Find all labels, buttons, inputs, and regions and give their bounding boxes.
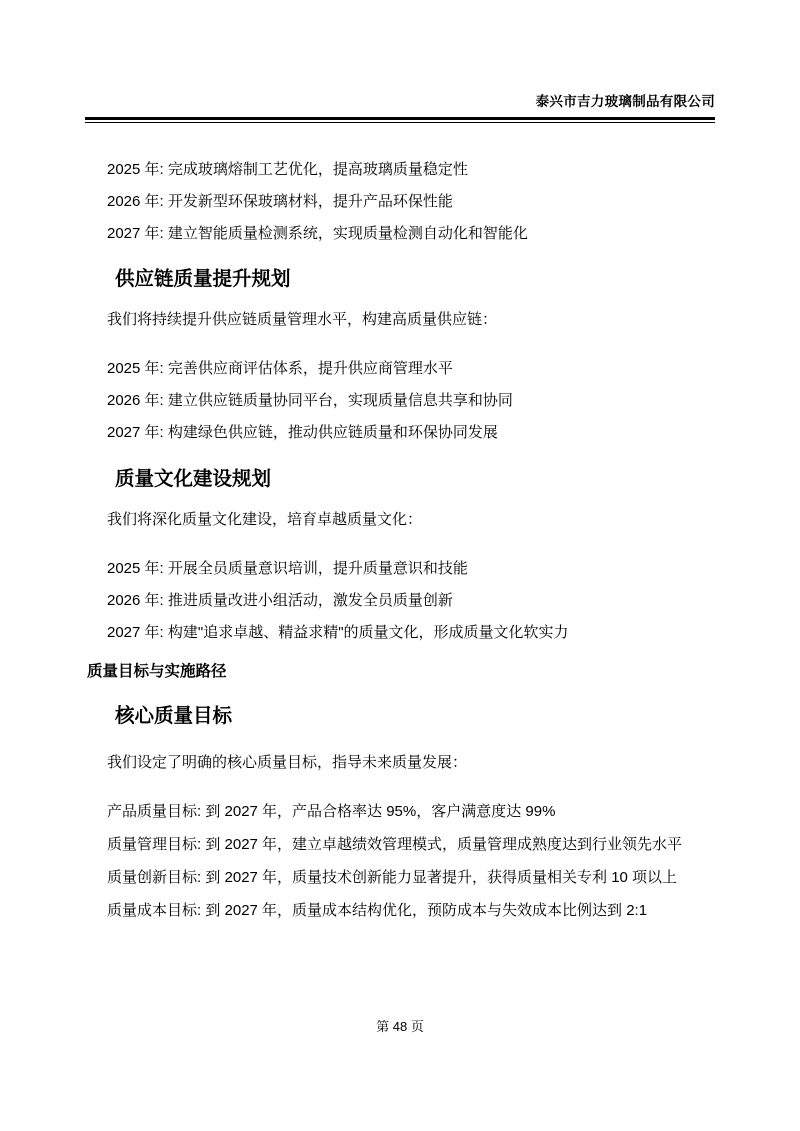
quality-culture-lead-paragraph: 我们将深化质量文化建设，培育卓越质量文化： [107,508,715,532]
section-heading-core-goals: 核心质量目标 [115,704,715,728]
list-item: 2026 年: 建立供应链质量协同平台，实现质量信息共享和协同 [107,385,715,417]
document-page: 泰兴市吉力玻璃制品有限公司 2025 年: 完成玻璃熔制工艺优化，提高玻璃质量稳… [0,0,800,1131]
list-item: 2027 年: 构建"追求卓越、精益求精"的质量文化，形成质量文化软实力 [107,617,715,649]
core-goals-lead-paragraph: 我们设定了明确的核心质量目标，指导未来质量发展： [107,751,715,775]
quality-culture-roadmap-list: 2025 年: 开展全员质量意识培训，提升质量意识和技能 2026 年: 推进质… [85,553,715,649]
page-number: 第 48 页 [376,1019,424,1034]
goal-item-quality-cost: 质量成本目标: 到 2027 年，质量成本结构优化，预防成本与失效成本比例达到 … [107,894,713,927]
supply-chain-roadmap-list: 2025 年: 完善供应商评估体系，提升供应商管理水平 2026 年: 建立供应… [85,353,715,449]
core-goals-list: 产品质量目标: 到 2027 年，产品合格率达 95%，客户满意度达 99% 质… [85,795,713,927]
list-item: 2025 年: 完成玻璃熔制工艺优化，提高玻璃质量稳定性 [107,154,715,186]
list-item: 2027 年: 构建绿色供应链，推动供应链质量和环保协同发展 [107,417,715,449]
supply-chain-lead-paragraph: 我们将持续提升供应链质量管理水平，构建高质量供应链： [107,308,715,332]
header-divider [85,117,715,123]
section-heading-quality-culture: 质量文化建设规划 [115,467,715,491]
page-footer: 第 48 页 [0,1019,800,1035]
list-item: 2026 年: 推进质量改进小组活动，激发全员质量创新 [107,585,715,617]
list-item: 2026 年: 开发新型环保玻璃材料，提升产品环保性能 [107,186,715,218]
chapter-heading-quality-goals: 质量目标与实施路径 [87,662,715,682]
list-item: 2027 年: 建立智能质量检测系统，实现质量检测自动化和智能化 [107,218,715,250]
list-item: 2025 年: 开展全员质量意识培训，提升质量意识和技能 [107,553,715,585]
list-item: 2025 年: 完善供应商评估体系，提升供应商管理水平 [107,353,715,385]
header-company-name: 泰兴市吉力玻璃制品有限公司 [85,94,715,110]
goal-item-quality-innovation: 质量创新目标: 到 2027 年，质量技术创新能力显著提升，获得质量相关专利 1… [107,861,713,894]
document-body: 2025 年: 完成玻璃熔制工艺优化，提高玻璃质量稳定性 2026 年: 开发新… [85,152,715,927]
tech-roadmap-list: 2025 年: 完成玻璃熔制工艺优化，提高玻璃质量稳定性 2026 年: 开发新… [85,154,715,250]
goal-item-quality-management: 质量管理目标: 到 2027 年，建立卓越绩效管理模式，质量管理成熟度达到行业领… [107,828,713,861]
goal-item-product-quality: 产品质量目标: 到 2027 年，产品合格率达 95%，客户满意度达 99% [107,795,713,828]
section-heading-supply-chain: 供应链质量提升规划 [115,267,715,291]
